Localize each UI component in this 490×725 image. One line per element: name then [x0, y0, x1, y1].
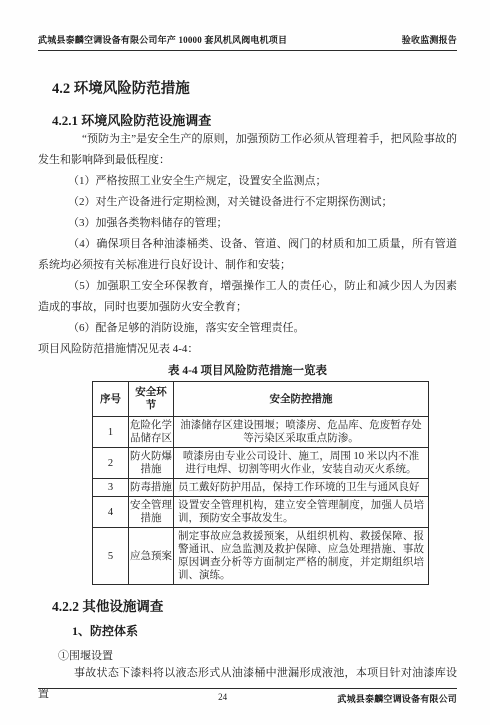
- list-item-6: （6）配备足够的消防设施，落实安全管理责任。: [38, 318, 457, 339]
- cell-measure: 制定事故应急救援预案，从组织机构、救援保障、报警通讯、应急监测及救护保障、应急处…: [174, 528, 429, 585]
- list-item-5: （5）加强职工安全环保教育，增强操作工人的责任心，防止和减少因人为因素造成的事故…: [38, 276, 457, 318]
- col-header-no: 序号: [93, 382, 129, 417]
- risk-measures-table: 序号 安全环节 安全防控措施 1 危险化学品储存区 油漆储存区建设围堰；喷漆房、…: [92, 381, 429, 585]
- col-header-measure: 安全防控措施: [174, 382, 429, 417]
- list-item-4: （4）确保项目各种油漆桶类、设备、管道、阀门的材质和加工质量，所有管道系统均必须…: [38, 234, 457, 276]
- table-row: 3 防毒措施 员工戴好防护用品，保持工作环境的卫生与通风良好: [93, 479, 429, 497]
- page-number: 24: [218, 692, 227, 702]
- footer-company-name: 武城县泰麟空调设备有限公司: [337, 692, 457, 705]
- subsection-1-heading: 1、防控体系: [72, 622, 457, 639]
- cell-link: 安全管理措施: [129, 497, 174, 528]
- cell-measure: 设置安全管理机构，建立安全管理制度，加强人员培训，预防安全事故发生。: [174, 497, 429, 528]
- cell-no: 4: [93, 497, 129, 528]
- table-row: 2 防火防爆措施 喷漆房由专业公司设计、施工，周围 10 米以内不准进行电焊、切…: [93, 448, 429, 479]
- list-item-3: （3）加强各类物料储存的管理；: [38, 213, 457, 234]
- intro-paragraph: “预防为主”是安全生产的原则，加强预防工作必须从管理着手，把风险事故的发生和影响…: [38, 129, 457, 171]
- table-row: 4 安全管理措施 设置安全管理机构，建立安全管理制度，加强人员培训，预防安全事故…: [93, 497, 429, 528]
- cell-link: 防毒措施: [129, 479, 174, 497]
- cell-measure: 油漆储存区建设围堰；喷漆房、危品库、危废暂存处等污染区采取重点防渗。: [174, 417, 429, 448]
- table-header-row: 序号 安全环节 安全防控措施: [93, 382, 429, 417]
- section-heading-4-2-1: 4.2.1 环境风险防范设施调查: [52, 110, 457, 129]
- cell-no: 5: [93, 528, 129, 585]
- document-body: 4.2 环境风险防范措施 4.2.1 环境风险防范设施调查 “预防为主”是安全生…: [38, 60, 457, 705]
- col-header-link: 安全环节: [129, 382, 174, 417]
- table-reference-line: 项目风险防范措施情况见表 4-4：: [38, 339, 457, 360]
- cell-no: 2: [93, 448, 129, 479]
- cell-link: 应急预案: [129, 528, 174, 585]
- cell-no: 1: [93, 417, 129, 448]
- section-heading-4-2: 4.2 环境风险防范措施: [52, 77, 457, 98]
- table-row: 5 应急预案 制定事故应急救援预案，从组织机构、救援保障、报警通讯、应急监测及救…: [93, 528, 429, 585]
- header-project-title: 武城县泰麟空调设备有限公司年产 10000 套风机风阀电机项目: [38, 33, 287, 46]
- list-item-2: （2）对生产设备进行定期检测，对关键设备进行不定期探伤测试；: [38, 192, 457, 213]
- cell-link: 防火防爆措施: [129, 448, 174, 479]
- page-footer: 24 武城县泰麟空调设备有限公司: [38, 688, 457, 705]
- cell-measure: 员工戴好防护用品，保持工作环境的卫生与通风良好: [174, 479, 429, 497]
- cell-measure: 喷漆房由专业公司设计、施工，周围 10 米以内不准进行电焊、切割等明火作业，安装…: [174, 448, 429, 479]
- section-heading-4-2-2: 4.2.2 其他设施调查: [52, 595, 457, 615]
- list-item-1: （1）严格按照工业安全生产规定，设置安全监测点；: [38, 171, 457, 192]
- page-header: 武城县泰麟空调设备有限公司年产 10000 套风机风阀电机项目 验收监测报告: [38, 33, 457, 51]
- table-row: 1 危险化学品储存区 油漆储存区建设围堰；喷漆房、危品库、危废暂存处等污染区采取…: [93, 417, 429, 448]
- table-title: 表 4-4 项目风险防范措施一览表: [38, 362, 457, 378]
- circled-item-1: ①围堰设置: [58, 647, 457, 663]
- header-report-type: 验收监测报告: [402, 33, 457, 46]
- cell-no: 3: [93, 479, 129, 497]
- cell-link: 危险化学品储存区: [129, 417, 174, 448]
- document-page: 武城县泰麟空调设备有限公司年产 10000 套风机风阀电机项目 验收监测报告 4…: [0, 0, 490, 725]
